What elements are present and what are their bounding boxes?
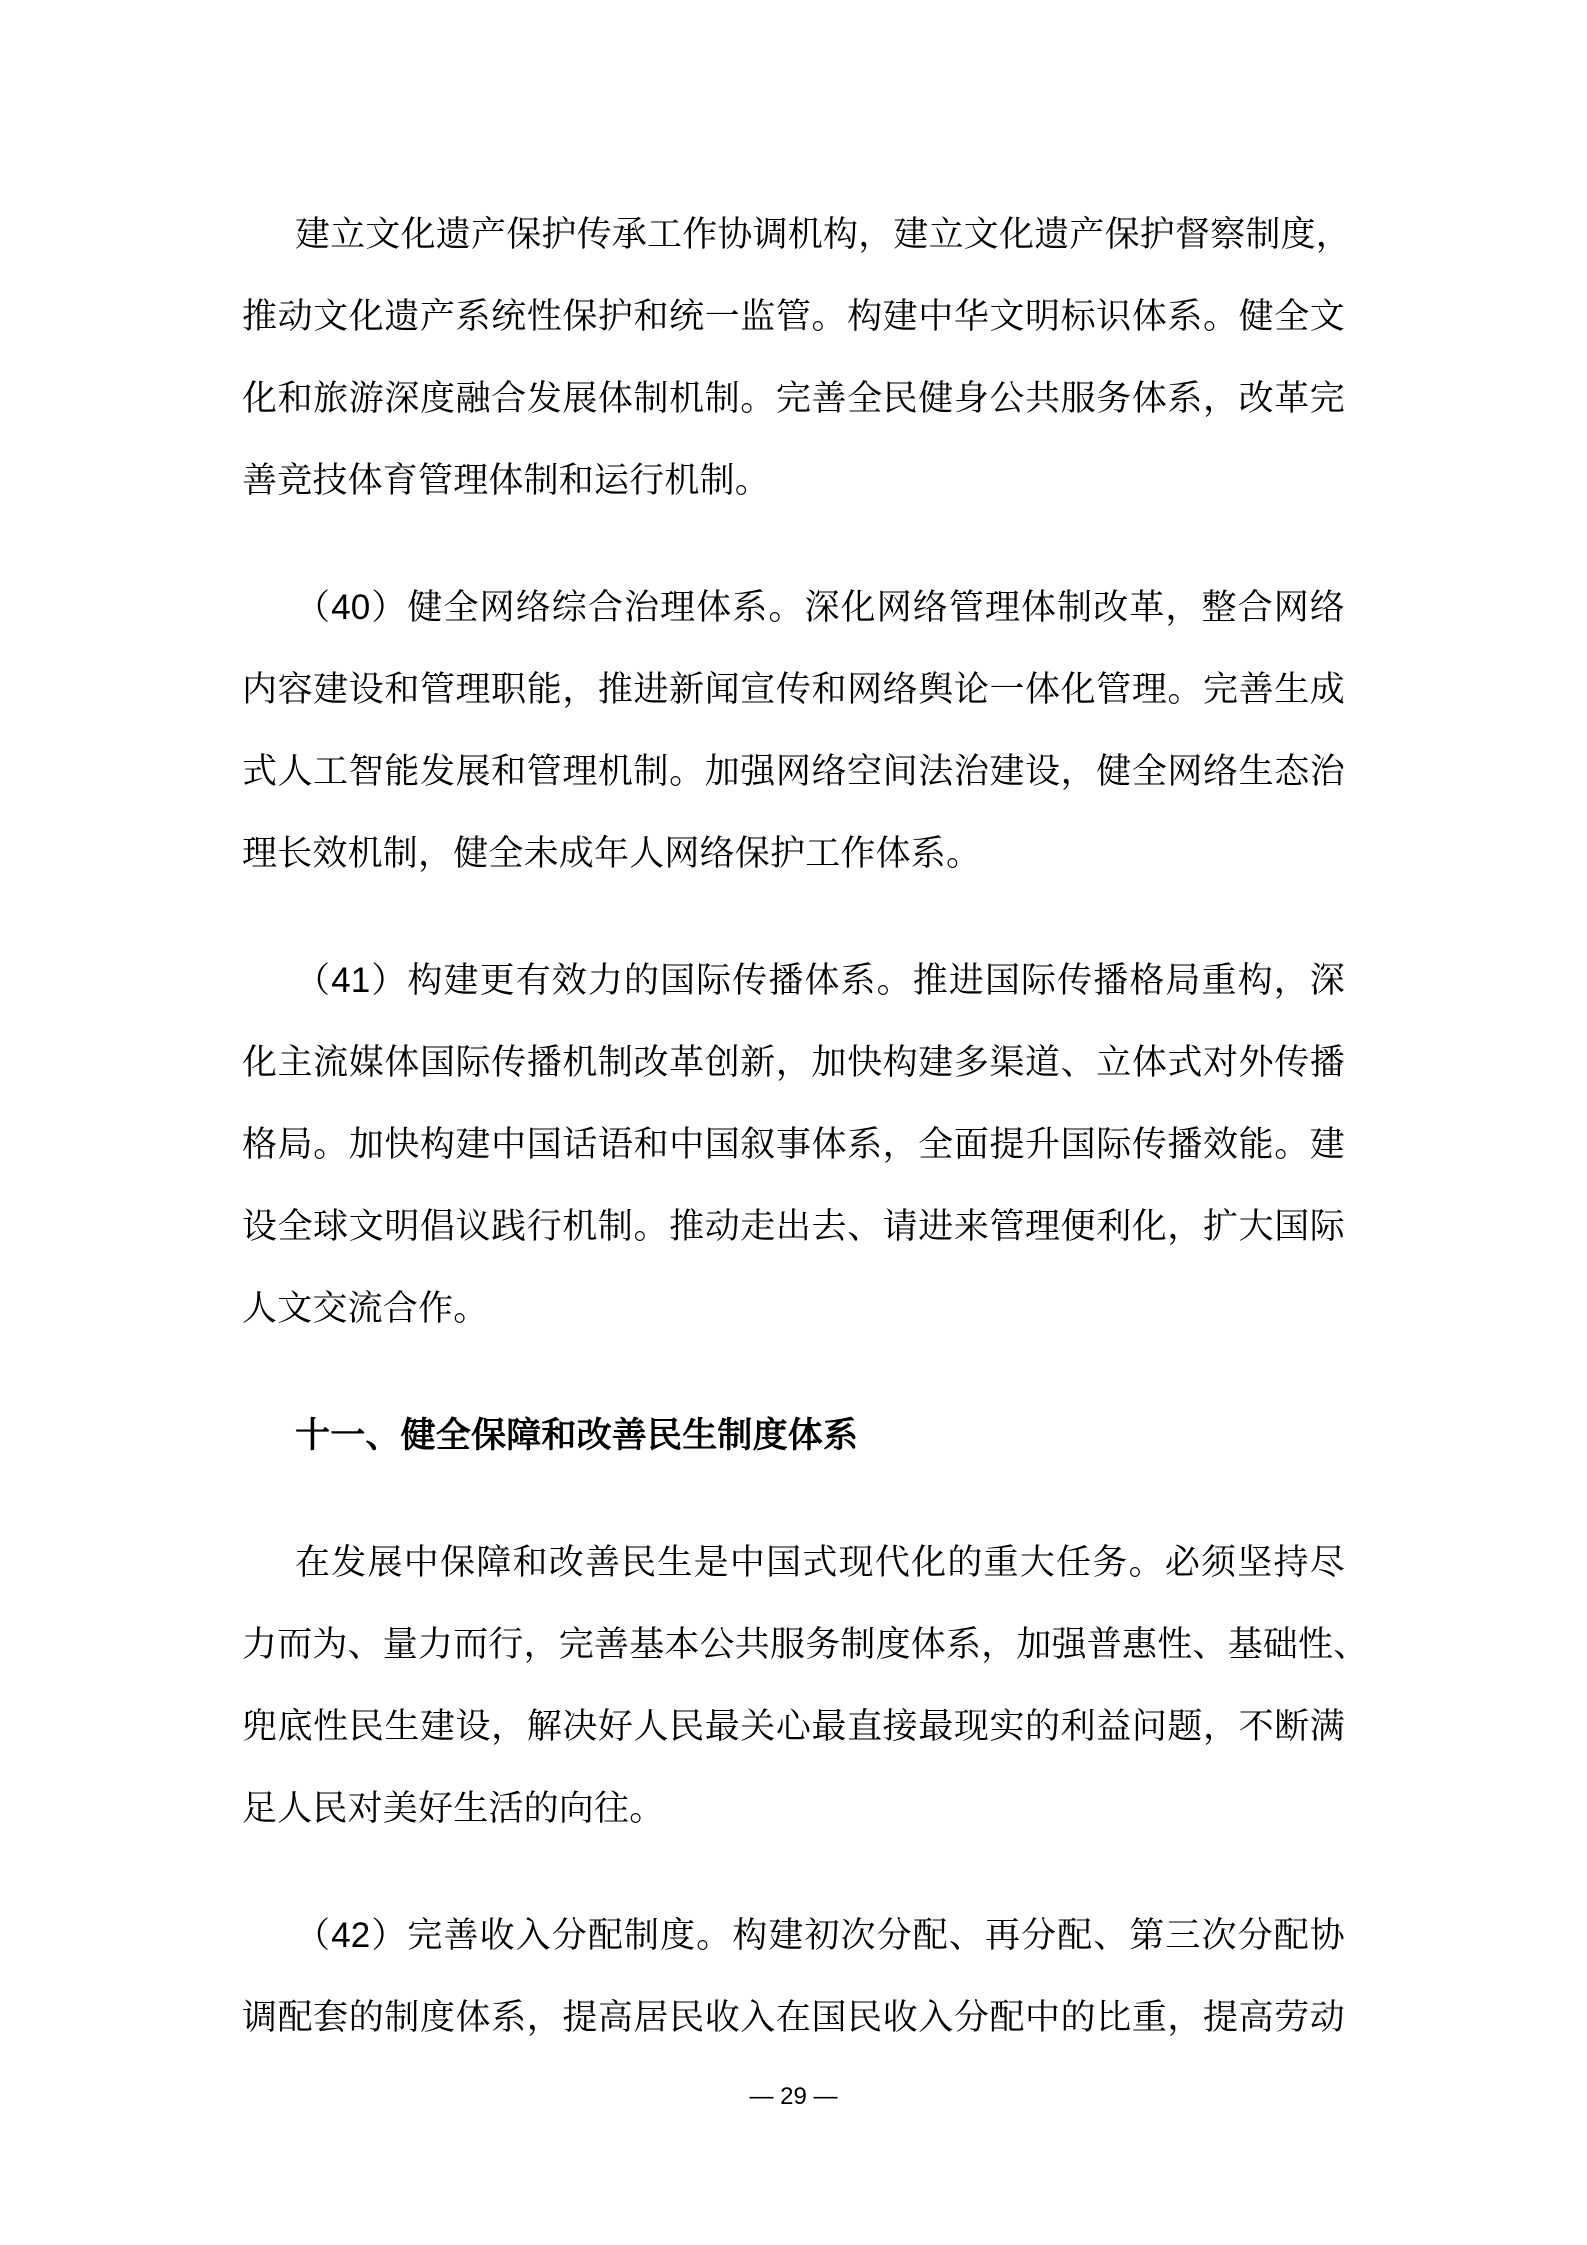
text-line: 调配套的制度体系，提高居民收入在国民收入分配中的比重，提高劳动 xyxy=(242,1977,1345,2059)
text-line: 善竞技体育管理体制和运行机制。 xyxy=(242,440,1345,522)
text-line: 足人民对美好生活的向往。 xyxy=(242,1768,1345,1850)
page-number: — 29 — xyxy=(0,2082,1587,2112)
text-line: 式人工智能发展和管理机制。加强网络空间法治建设，健全网络生态治 xyxy=(242,731,1345,813)
paragraph-39-continuation: 建立文化遗产保护传承工作协调机构，建立文化遗产保护督察制度， 推动文化遗产系统性… xyxy=(242,194,1345,522)
paragraph-42: （42）完善收入分配制度。构建初次分配、再分配、第三次分配协 调配套的制度体系，… xyxy=(242,1895,1345,2059)
text-line: 人文交流合作。 xyxy=(242,1268,1345,1350)
text-line: 兜底性民生建设，解决好人民最关心最直接最现实的利益问题，不断满 xyxy=(242,1686,1345,1768)
text-line: 内容建设和管理职能，推进新闻宣传和网络舆论一体化管理。完善生成 xyxy=(242,649,1345,731)
section-heading-11: 十一、健全保障和改善民生制度体系 xyxy=(242,1395,1345,1477)
paragraph-40: （40）健全网络综合治理体系。深化网络管理体制改革，整合网络 内容建设和管理职能… xyxy=(242,567,1345,895)
paragraph-41: （41）构建更有效力的国际传播体系。推进国际传播格局重构，深 化主流媒体国际传播… xyxy=(242,940,1345,1350)
paragraph-section-intro: 在发展中保障和改善民生是中国式现代化的重大任务。必须坚持尽 力而为、量力而行，完… xyxy=(242,1522,1345,1850)
page-content: 建立文化遗产保护传承工作协调机构，建立文化遗产保护督察制度， 推动文化遗产系统性… xyxy=(242,194,1345,2104)
text-line: 力而为、量力而行，完善基本公共服务制度体系，加强普惠性、基础性、 xyxy=(242,1604,1345,1686)
text-line: （42）完善收入分配制度。构建初次分配、再分配、第三次分配协 xyxy=(242,1895,1345,1977)
text-line: 建立文化遗产保护传承工作协调机构，建立文化遗产保护督察制度， xyxy=(242,194,1345,276)
text-line: 设全球文明倡议践行机制。推动走出去、请进来管理便利化，扩大国际 xyxy=(242,1186,1345,1268)
text-line: （40）健全网络综合治理体系。深化网络管理体制改革，整合网络 xyxy=(242,567,1345,649)
text-line: （41）构建更有效力的国际传播体系。推进国际传播格局重构，深 xyxy=(242,940,1345,1022)
document-page: 建立文化遗产保护传承工作协调机构，建立文化遗产保护督察制度， 推动文化遗产系统性… xyxy=(0,0,1587,2245)
text-line: 化和旅游深度融合发展体制机制。完善全民健身公共服务体系，改革完 xyxy=(242,358,1345,440)
text-line: 格局。加快构建中国话语和中国叙事体系，全面提升国际传播效能。建 xyxy=(242,1104,1345,1186)
text-line: 推动文化遗产系统性保护和统一监管。构建中华文明标识体系。健全文 xyxy=(242,276,1345,358)
text-line: 理长效机制，健全未成年人网络保护工作体系。 xyxy=(242,813,1345,895)
text-line: 化主流媒体国际传播机制改革创新，加快构建多渠道、立体式对外传播 xyxy=(242,1022,1345,1104)
text-line: 在发展中保障和改善民生是中国式现代化的重大任务。必须坚持尽 xyxy=(242,1522,1345,1604)
section-heading-text: 十一、健全保障和改善民生制度体系 xyxy=(242,1395,1345,1477)
